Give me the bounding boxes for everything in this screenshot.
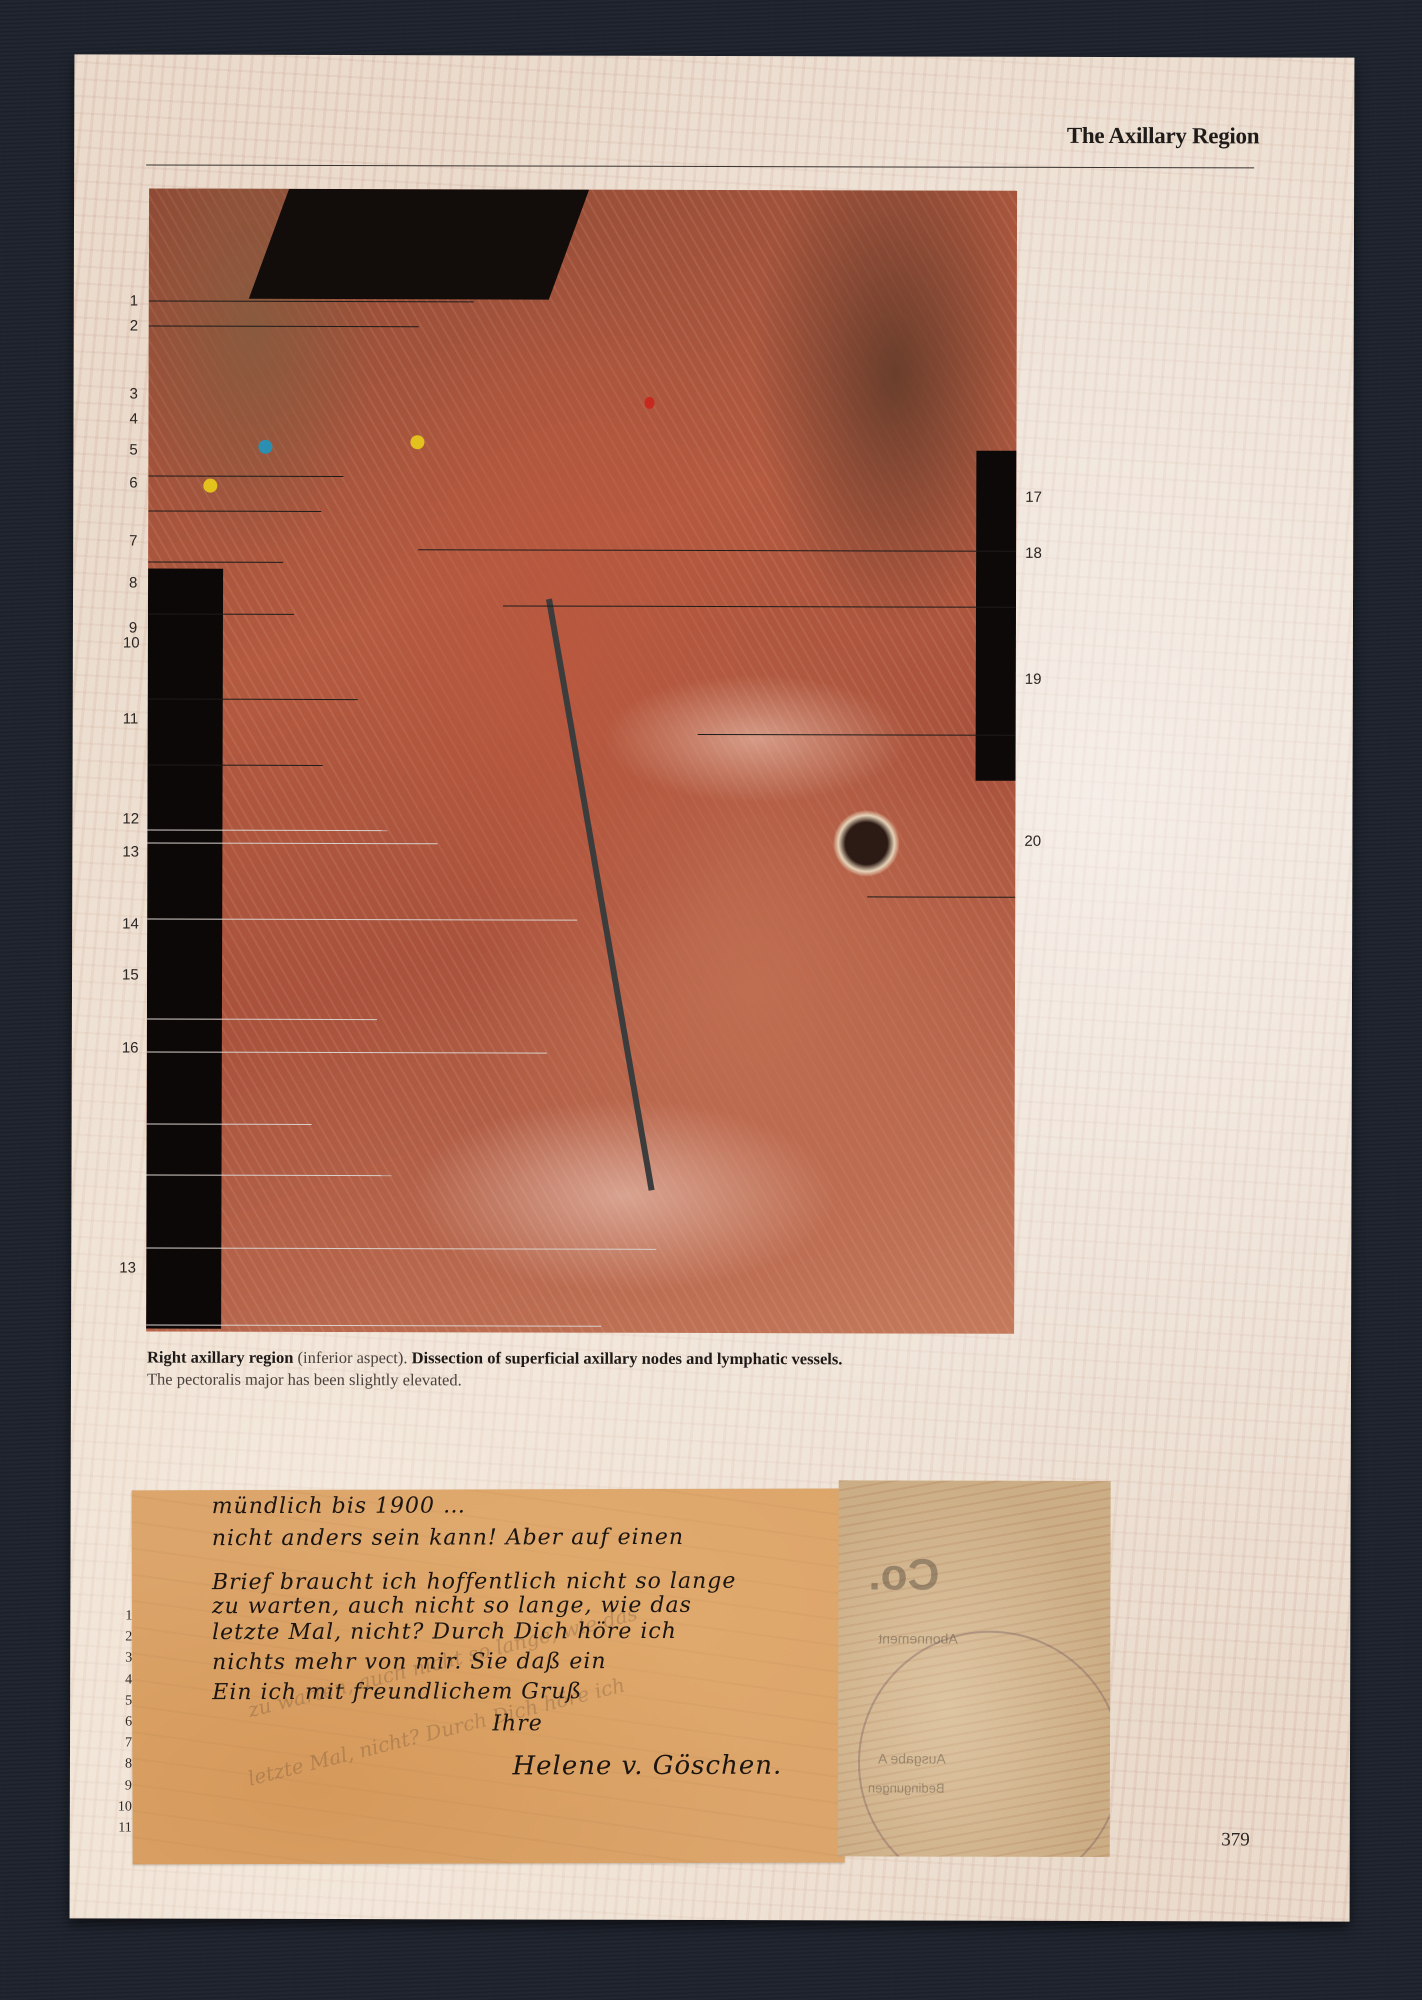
letter-signature: Helene v. Göschen. [512,1751,782,1782]
letter-line: Brief braucht ich hoffentlich nicht so l… [212,1569,736,1595]
caption-title: Right axillary region [147,1348,293,1367]
yellow-pin-marker [410,435,424,449]
leader-line-1 [149,301,474,303]
leader-line-18 [503,605,1016,607]
leader-line-3 [148,476,343,478]
probe-instrument [546,599,655,1191]
photo-shadow-top [249,189,589,300]
leader-line-19 [698,734,1016,736]
leader-line-16 [146,1248,656,1250]
nipple-region [833,810,899,876]
line-number: 9 [110,1778,132,1799]
photo-shadow-right [976,451,1017,781]
figure-label-1: 1 [130,292,138,309]
line-number: 11 [110,1820,132,1841]
line-number: 2 [110,1630,132,1651]
figure-label-4: 4 [129,410,137,427]
figure-label-17: 17 [1025,489,1042,506]
line-number: 8 [110,1757,132,1778]
figure-label-5: 5 [129,441,137,458]
caption-line-2: The pectoralis major has been slightly e… [147,1369,1027,1393]
figure-label-6: 6 [129,474,137,491]
line-number: 4 [110,1672,132,1693]
figure-label-7: 7 [129,532,137,549]
figure-label-20: 20 [1024,833,1041,850]
dissection-photo [146,189,1017,1334]
figure-label-8: 8 [129,574,137,591]
figure-label-18: 18 [1025,545,1042,562]
letter-closing: Ihre [492,1711,542,1736]
letter-line: zu warten, auch nicht so lange, wie das [212,1593,692,1619]
figure-label-19: 19 [1025,671,1042,688]
leader-line-17 [418,549,1016,552]
clipping-headline-fragment: Co. [868,1550,939,1600]
letter-line: letzte Mal, nicht? Durch Dich höre ich [212,1619,677,1645]
line-number: 7 [110,1736,132,1757]
clipping-faded-line: Bedingungen [868,1780,945,1795]
letter-line: Ein ich mit freundlichem Gruß [212,1679,582,1705]
line-number: 6 [110,1714,132,1735]
figure-label-16: 16 [122,1039,139,1056]
line-number: 5 [110,1693,132,1714]
caption-line-1: Right axillary region (inferior aspect).… [147,1347,1027,1371]
figure-label-13: 13 [122,843,139,860]
newspaper-clipping: Co. Abonnement Ausgabe A Bedingungen [838,1480,1111,1857]
blue-pin-marker [258,440,272,454]
clipping-faded-line: Abonnement [878,1630,957,1646]
figure-label-14: 14 [122,915,139,932]
caption-description: Dissection of superficial axillary nodes… [412,1348,843,1368]
letter-line: nicht anders sein kann! Aber auf einen [212,1525,684,1551]
figure-label-3: 3 [130,385,138,402]
page-title: The Axillary Region [1067,123,1259,150]
letter-line-numbers: 1 2 3 4 5 6 7 8 9 10 11 [110,1608,133,1841]
title-rule [146,165,1254,169]
figure-label-12: 12 [122,810,139,827]
clipping-faded-line: Ausgabe A [878,1750,946,1766]
letter-line: nichts mehr von mir. Sie daß ein [212,1649,607,1675]
figure-label-2: 2 [130,317,138,334]
figure-label-11: 11 [123,710,139,727]
line-number: 10 [110,1799,132,1820]
line-number: 3 [110,1651,132,1672]
leader-line-5 [148,562,283,563]
yellow-pin-marker [203,479,217,493]
page-number: 379 [1221,1829,1250,1851]
letter-line: mündlich bis 1900 … [212,1493,466,1519]
handwritten-letter-collage: zu warten, auch nicht so lange, wie das … [132,1488,845,1864]
figure-label-13b: 13 [119,1259,136,1276]
figure-label-15: 15 [122,966,139,983]
line-number: 1 [110,1608,132,1629]
red-pin-marker [645,397,655,409]
photo-shadow-left [146,569,223,1329]
leader-line-4 [148,511,321,512]
caption-aspect: (inferior aspect). [293,1348,411,1367]
leader-line-20 [867,896,1015,897]
figure-label-10: 10 [123,634,140,651]
book-page: The Axillary Region 1 [70,54,1355,1921]
leader-line-2 [149,326,419,328]
pencil-sketch-curve [858,1630,1111,1857]
figure-caption: Right axillary region (inferior aspect).… [147,1347,1027,1393]
